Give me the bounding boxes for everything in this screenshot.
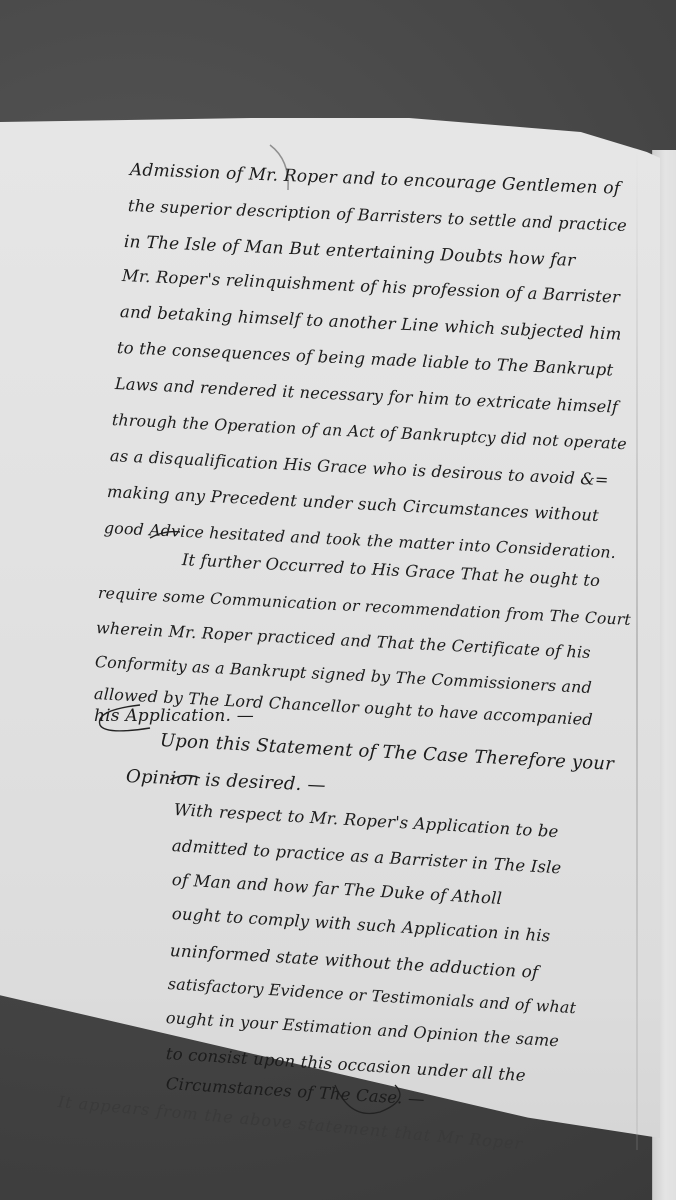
- text-line: the superior description of Barristers t…: [128, 196, 628, 235]
- text-line: and betaking himself to another Line whi…: [120, 302, 622, 344]
- text-line: Laws and rendered it necessary for him t…: [115, 374, 619, 417]
- text-line: ought in your Estimation and Opinion the…: [165, 1008, 559, 1050]
- manuscript-text: Admission of Mr. Roper and to encourage …: [0, 0, 676, 1200]
- text-line: Circumstances of The Case. —: [165, 1074, 425, 1109]
- pencil-annotation: It appears from the above statement that…: [57, 1092, 524, 1153]
- text-line: admitted to practice as a Barrister in T…: [171, 836, 561, 877]
- text-line: Upon this Statement of The Case Therefor…: [159, 730, 614, 775]
- photo-scene: Admission of Mr. Roper and to encourage …: [0, 0, 676, 1200]
- text-line: through the Operation of an Act of Bankr…: [112, 410, 628, 453]
- text-line: Opinion is desired. —: [126, 766, 327, 796]
- text-line: Admission of Mr. Roper and to encourage …: [130, 160, 621, 199]
- text-line: good Advice hesitated and took the matte…: [104, 518, 617, 562]
- text-line: his Application. —: [94, 706, 254, 726]
- text-line: With respect to Mr. Roper's Application …: [173, 800, 559, 841]
- text-line: of Man and how far The Duke of Atholl: [171, 870, 502, 908]
- text-line: Mr. Roper's relinquishment of his profes…: [122, 266, 621, 307]
- text-line: making any Precedent under such Circumst…: [107, 482, 600, 525]
- text-line: uninformed state without the adduction o…: [169, 940, 539, 982]
- text-line: in The Isle of Man But entertaining Doub…: [124, 232, 576, 271]
- text-line: to the consequences of being made liable…: [117, 338, 614, 380]
- text-line: ought to comply with such Application in…: [171, 904, 550, 945]
- text-line: as a disqualification His Grace who is d…: [110, 446, 610, 489]
